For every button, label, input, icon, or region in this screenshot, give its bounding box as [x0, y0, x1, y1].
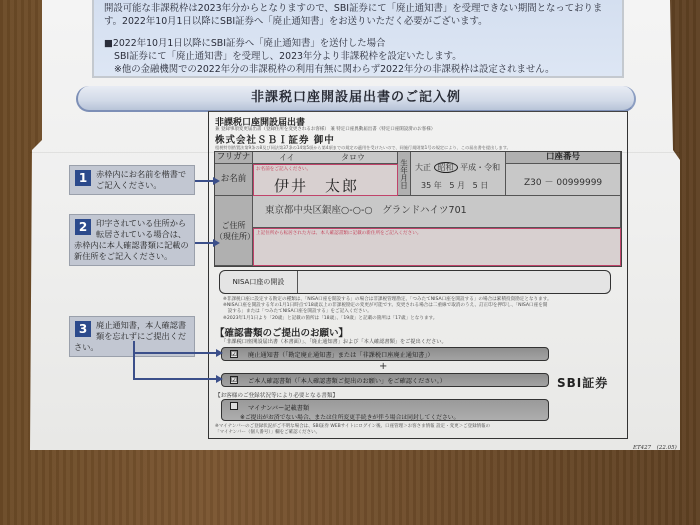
- furigana-field[interactable]: イイ タロウ: [253, 152, 398, 164]
- new-address-hint: 上記住所から転居された方は、本人確認書類に記載の新住所をご記入ください。: [256, 230, 421, 236]
- step-number-1: 1: [75, 170, 91, 186]
- form-code: ET427 (22.05): [633, 443, 677, 451]
- arrow-1-line: [195, 180, 215, 182]
- birth-day: 5: [473, 181, 478, 190]
- doc-abolition-notice[interactable]: ☑ 廃止通知書（「勘定廃止通知書」または「非課税口座廃止通知書」）: [221, 347, 549, 361]
- doc-identity-label: ご本人確認書類（「本人確認書類ご提出のお願い」をご確認ください。）: [248, 376, 446, 385]
- furigana-sei: イイ: [279, 152, 295, 163]
- callout-1: 1 赤枠内にお名前を楷書でご記入ください。: [69, 165, 195, 195]
- callout-2: 2 印字されている住所から転居されている場合は、赤枠内に本人確認書類に記載の新住…: [69, 214, 195, 266]
- form-addressee: 株式会社ＳＢＩ証券 御中: [215, 132, 335, 146]
- new-address-field[interactable]: 上記住所から転居された方は、本人確認書類に記載の新住所をご記入ください。: [253, 228, 621, 266]
- doc-mynumber-note: ※ご提出がお済でない場合、または住所変更手続きが伴う場合は同封してください。: [240, 412, 459, 421]
- doc-mynumber[interactable]: マイナンバー記載書類 ※ご提出がお済でない場合、または住所変更手続きが伴う場合は…: [221, 399, 549, 421]
- era-showa-selected[interactable]: 昭和: [434, 162, 458, 173]
- arrow-2-head-icon: [213, 239, 220, 247]
- confirmation-heading: 【確認書類のご提出のお願い】: [215, 325, 348, 339]
- address-printed: 東京都中央区銀座○-○-○ グランドハイツ701: [253, 196, 621, 228]
- confirmation-subtext: 「非課税口座開設届出書（本書面）」、「廃止通知書」および「本人確認書類」をご提出…: [221, 338, 447, 345]
- step-number-2: 2: [75, 219, 91, 235]
- arrow-3-stem: [133, 341, 135, 379]
- checkbox-checked-icon[interactable]: ☑: [230, 350, 238, 358]
- arrow-3b-line: [133, 378, 218, 380]
- nisa-notes: ※非課税口座に設定する勘定の種類は、「NISA口座を開設する」の場合は非課税管理…: [223, 297, 552, 322]
- nisa-label: NISA口座の開設: [220, 271, 298, 293]
- arrow-2-line: [195, 242, 215, 244]
- plus-sign: +: [379, 361, 387, 372]
- notice-box: 開設可能な非課税枠は2023年分からとなりますので、SBI証券にて「廃止通知書」…: [92, 0, 624, 78]
- address-value: 東京都中央区銀座○-○-○ グランドハイツ701: [265, 202, 467, 216]
- nisa-opening-row[interactable]: NISA口座の開設: [219, 270, 611, 294]
- era-taisho: 大正: [415, 163, 431, 172]
- arrow-3b-head-icon: [216, 375, 223, 383]
- step-number-3: 3: [75, 321, 91, 337]
- form-grid: フリガナ イイ タロウ お名前 お名前をご記入ください。 伊井 太郎 生年月日 …: [214, 151, 622, 267]
- notice-line: ■2022年10月1日以降にSBI証券へ「廃止通知書」を送付した場合: [104, 37, 612, 50]
- notice-line: ※他の金融機関での2022年分の非課税枠の利用有無に関わらず2022年分の非課税…: [104, 63, 612, 76]
- section-title-banner: 非課税口座開設届出書のご記入例: [76, 86, 636, 112]
- notice-line: 開設可能な非課税枠は2023年分からとなりますので、SBI証券にて「廃止通知書」…: [104, 2, 612, 15]
- arrow-1-head-icon: [213, 177, 220, 185]
- mynumber-footer-notes: ※マイナンバーのご登録状況がご不明な場合は、SBI証券 WEBサイトにログイン後…: [215, 424, 490, 436]
- account-value: Z30 － 00999999: [524, 175, 602, 188]
- callout-1-text: 赤枠内にお名前を楷書でご記入ください。: [96, 169, 186, 190]
- name-value: 伊井 太郎: [274, 175, 359, 196]
- callout-3: 3 廃止通知書，本人確認書類を忘れずにご提出ください。: [69, 316, 195, 357]
- era-heisei-reiwa: 平成・令和: [460, 163, 500, 172]
- birthdate-field[interactable]: 大正 昭和 平成・令和 35 年 5 月 5 日: [411, 152, 506, 196]
- arrow-3a-head-icon: [216, 349, 223, 357]
- birth-year: 35: [421, 181, 431, 190]
- notice-line: SBI証券にて「廃止通知書」を受理し、2023年分より非課税枠を設定いたします。: [104, 50, 612, 63]
- checkbox-unchecked-icon[interactable]: [230, 402, 238, 410]
- address-label: ご住所（現住所）: [215, 196, 253, 266]
- name-hint: お名前をご記入ください。: [256, 166, 311, 172]
- name-field[interactable]: お名前をご記入ください。 伊井 太郎: [253, 164, 398, 196]
- doc-identity[interactable]: ☑ ご本人確認書類（「本人確認書類ご提出のお願い」をご確認ください。）: [221, 373, 549, 387]
- application-form: 非課税口座開設届出書 兼 登録事項変更届出書（登録住所を変更されるお客様） 兼 …: [208, 111, 628, 439]
- doc-abolition-label: 廃止通知書（「勘定廃止通知書」または「非課税口座廃止通知書」）: [248, 350, 434, 359]
- birth-month: 5: [449, 181, 454, 190]
- furigana-mei: タロウ: [341, 152, 365, 163]
- doc-mynumber-label: マイナンバー記載書類: [248, 405, 309, 412]
- birthdate-label: 生年月日: [398, 152, 411, 196]
- name-label: お名前: [215, 164, 253, 196]
- optional-docs-heading: 【お客様のご登録状況等により必要となる書類】: [215, 391, 338, 399]
- account-field: Z30 － 00999999: [506, 164, 621, 196]
- account-label: 口座番号: [506, 152, 621, 164]
- notice-line: す。2022年10月1日以降にSBI証券へ「廃止通知書」をお送りいただく必要がご…: [104, 15, 612, 28]
- sbi-logo: SBI証券: [557, 374, 608, 391]
- callout-2-text: 印字されている住所から転居されている場合は、赤枠内に本人確認書類に記載の新住所を…: [74, 218, 189, 261]
- arrow-3a-line: [133, 352, 218, 354]
- furigana-label: フリガナ: [215, 152, 253, 164]
- checkbox-checked-icon[interactable]: ☑: [230, 376, 238, 384]
